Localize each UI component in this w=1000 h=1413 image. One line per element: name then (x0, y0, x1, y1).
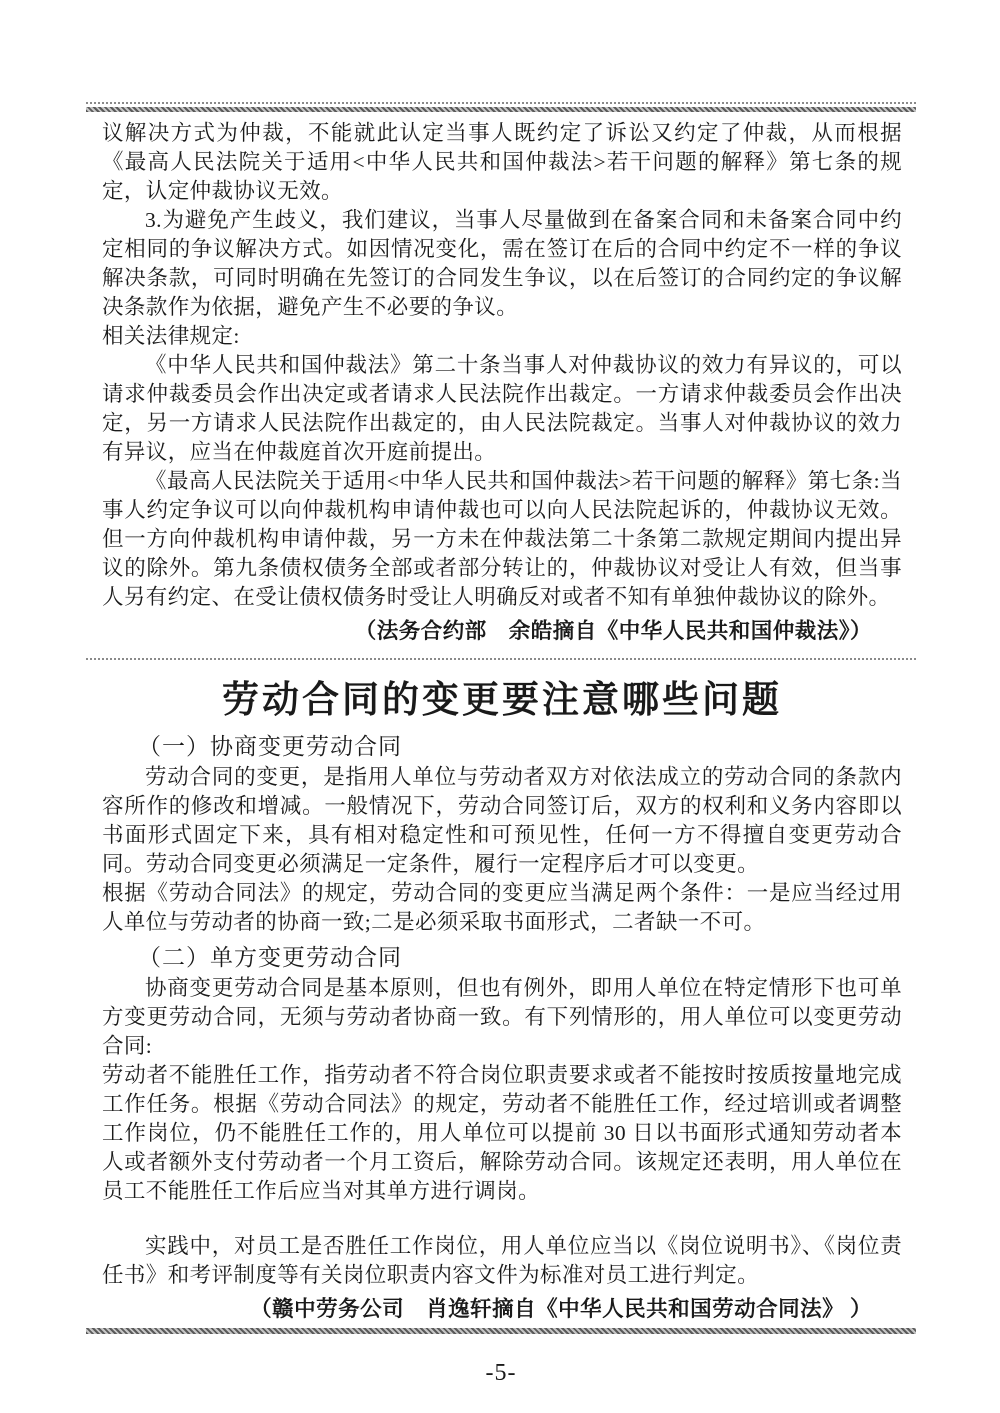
paragraph-two-conditions: 根据《劳动合同法》的规定，劳动合同的变更应当满足两个条件：一是应当经过用人单位与… (102, 879, 902, 937)
paragraph-incompetence: 劳动者不能胜任工作，指劳动者不符合岗位职责要求或者不能按时按质按量地完成工作任务… (102, 1061, 902, 1206)
article-labor-contract: 劳动合同的变更要注意哪些问题 （一）协商变更劳动合同 劳动合同的变更，是指用人单… (86, 676, 916, 1324)
article-title: 劳动合同的变更要注意哪些问题 (102, 676, 902, 726)
attribution-arbitration: （法务合约部 余皓摘自《中华人民共和国仲裁法》） (102, 616, 872, 646)
paragraph-continuation: 议解决方式为仲裁，不能就此认定当事人既约定了诉讼又约定了仲裁，从而根据《最高人民… (102, 119, 902, 206)
label-related-laws: 相关法律规定: (102, 322, 902, 351)
paragraph-change-definition: 劳动合同的变更，是指用人单位与劳动者双方对依法成立的劳动合同的条款内容所作的修改… (102, 763, 902, 879)
article-arbitration: 议解决方式为仲裁，不能就此认定当事人既约定了诉讼又约定了仲裁，从而根据《最高人民… (86, 119, 916, 646)
paragraph-arbitration-law-article20: 《中华人民共和国仲裁法》第二十条当事人对仲裁协议的效力有异议的，可以请求仲裁委员… (102, 351, 902, 467)
page-top-border (86, 102, 916, 112)
section-divider (86, 658, 916, 660)
paragraph-interpretation-article7: 《最高人民法院关于适用<中华人民共和国仲裁法>若干问题的解释》第七条:当事人约定… (102, 467, 902, 612)
document-page: 议解决方式为仲裁，不能就此认定当事人既约定了诉讼又约定了仲裁，从而根据《最高人民… (0, 0, 1000, 1413)
page-bottom-border (86, 1328, 916, 1334)
attribution-labor-contract: （赣中劳务公司 肖逸轩摘自《中华人民共和国劳动合同法》 ） (102, 1294, 872, 1324)
thick-hatched-rule (86, 107, 916, 112)
paragraph-advice: 3.为避免产生歧义，我们建议，当事人尽量做到在备案合同和未备案合同中约定相同的争… (102, 206, 902, 322)
page-number: -5- (86, 1360, 916, 1387)
subheading-unilateral-change: （二）单方变更劳动合同 (102, 941, 902, 974)
paragraph-practice: 实践中，对员工是否胜任工作岗位，用人单位应当以《岗位说明书》、《岗位责任书》和考… (102, 1232, 902, 1290)
thick-hatched-rule-bottom (86, 1328, 916, 1334)
paragraph-unilateral-principle: 协商变更劳动合同是基本原则，但也有例外，即用人单位在特定情形下也可单方变更劳动合… (102, 974, 902, 1061)
thin-dotted-rule (86, 102, 916, 104)
subheading-negotiated-change: （一）协商变更劳动合同 (102, 730, 902, 763)
